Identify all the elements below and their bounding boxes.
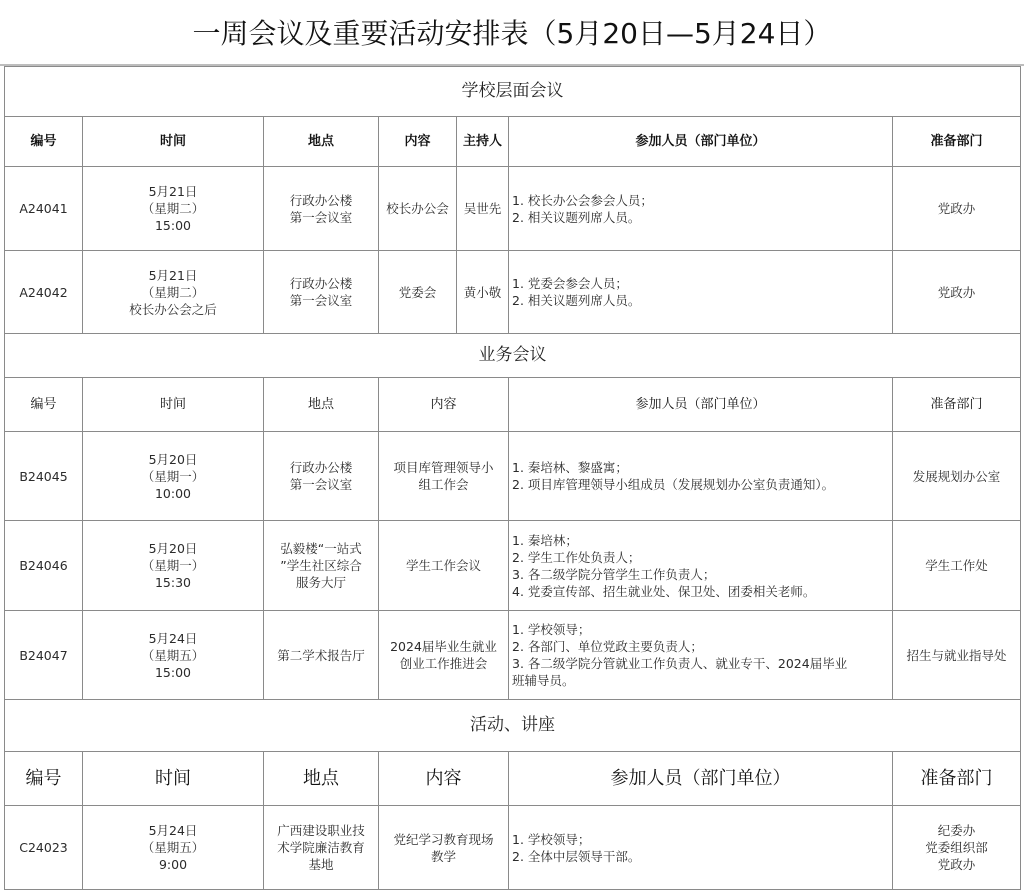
column-header: 编号 <box>5 117 83 167</box>
column-header: 准备部门 <box>893 117 1021 167</box>
text-line: 5月24日 <box>86 822 260 839</box>
id-cell: C24023 <box>5 806 83 890</box>
text-line: 招生与就业指导处 <box>896 647 1017 664</box>
content-cell: 党纪学习教育现场教学 <box>379 806 509 890</box>
page-title: 一周会议及重要活动安排表（5月20日—5月24日） <box>0 0 1024 66</box>
column-header: 地点 <box>264 752 379 806</box>
text-line: 广西建设职业技 <box>267 822 375 839</box>
text-line: 5月21日 <box>86 267 260 284</box>
text-line: 2. 相关议题列席人员。 <box>512 292 889 309</box>
column-header: 编号 <box>5 378 83 432</box>
place-cell: 弘毅楼“一站式”学生社区综合服务大厅 <box>264 521 379 611</box>
text-line: 党纪学习教育现场 <box>382 831 505 848</box>
column-header: 时间 <box>83 752 264 806</box>
prep-dept-cell: 党政办 <box>893 251 1021 334</box>
text-line: 党政办 <box>896 200 1017 217</box>
column-header: 主持人 <box>457 117 509 167</box>
text-line: 组工作会 <box>382 476 505 493</box>
column-header-row: 编号时间地点内容参加人员（部门单位）准备部门 <box>5 752 1021 806</box>
text-line: 5月20日 <box>86 540 260 557</box>
table-row: B240465月20日（星期一）15:30弘毅楼“一站式”学生社区综合服务大厅学… <box>5 521 1021 611</box>
column-header-row: 编号时间地点内容主持人参加人员（部门单位）准备部门 <box>5 117 1021 167</box>
content-cell: 校长办公会 <box>379 167 457 251</box>
text-line: 第二学术报告厅 <box>267 647 375 664</box>
text-line: 5月20日 <box>86 451 260 468</box>
attendees-cell: 1. 学校领导；2. 全体中层领导干部。 <box>509 806 893 890</box>
text-line: （星期一） <box>86 468 260 485</box>
text-line: 项目库管理领导小 <box>382 459 505 476</box>
column-header: 参加人员（部门单位） <box>509 752 893 806</box>
text-line: 第一会议室 <box>267 209 375 226</box>
id-cell: A24041 <box>5 167 83 251</box>
column-header: 内容 <box>379 117 457 167</box>
text-line: 第一会议室 <box>267 476 375 493</box>
text-line: 1. 学校领导； <box>512 831 889 848</box>
text-line: 服务大厅 <box>267 574 375 591</box>
text-line: 5月24日 <box>86 630 260 647</box>
schedule-table: 学校层面会议编号时间地点内容主持人参加人员（部门单位）准备部门A240415月2… <box>4 66 1021 890</box>
text-line: 党政办 <box>896 856 1017 873</box>
prep-dept-cell: 纪委办党委组织部党政办 <box>893 806 1021 890</box>
text-line: 1. 秦培林； <box>512 532 889 549</box>
id-cell: B24045 <box>5 432 83 521</box>
attendees-cell: 1. 学校领导；2. 各部门、单位党政主要负责人；3. 各二级学院分管就业工作负… <box>509 611 893 700</box>
text-line: 教学 <box>382 848 505 865</box>
text-line: 校长办公会 <box>382 200 453 217</box>
text-line: 2024届毕业生就业 <box>382 638 505 655</box>
time-cell: 5月21日（星期二）15:00 <box>83 167 264 251</box>
text-line: 班辅导员。 <box>512 672 889 689</box>
attendees-cell: 1. 秦培林、黎盛寓；2. 项目库管理领导小组成员（发展规划办公室负责通知）。 <box>509 432 893 521</box>
text-line: 15:30 <box>86 574 260 591</box>
text-line: 校长办公会之后 <box>86 301 260 318</box>
column-header: 编号 <box>5 752 83 806</box>
time-cell: 5月24日（星期五）15:00 <box>83 611 264 700</box>
table-row: B240475月24日（星期五）15:00第二学术报告厅2024届毕业生就业创业… <box>5 611 1021 700</box>
text-line: 学生工作处 <box>896 557 1017 574</box>
place-cell: 行政办公楼第一会议室 <box>264 167 379 251</box>
text-line: （星期五） <box>86 647 260 664</box>
text-line: 2. 学生工作处负责人； <box>512 549 889 566</box>
text-line: 3. 各二级学院分管就业工作负责人、就业专干、2024届毕业 <box>512 655 889 672</box>
column-header: 地点 <box>264 378 379 432</box>
text-line: （星期一） <box>86 557 260 574</box>
place-cell: 行政办公楼第一会议室 <box>264 432 379 521</box>
section-header: 活动、讲座 <box>5 700 1021 752</box>
section-header: 业务会议 <box>5 334 1021 378</box>
text-line: 行政办公楼 <box>267 192 375 209</box>
id-cell: B24047 <box>5 611 83 700</box>
text-line: 9:00 <box>86 856 260 873</box>
section-header: 学校层面会议 <box>5 67 1021 117</box>
prep-dept-cell: 学生工作处 <box>893 521 1021 611</box>
text-line: 2. 项目库管理领导小组成员（发展规划办公室负责通知）。 <box>512 476 889 493</box>
place-cell: 广西建设职业技术学院廉洁教育基地 <box>264 806 379 890</box>
content-cell: 党委会 <box>379 251 457 334</box>
prep-dept-cell: 党政办 <box>893 167 1021 251</box>
text-line: 1. 校长办公会参会人员； <box>512 192 889 209</box>
text-line: 5月21日 <box>86 183 260 200</box>
table-row: B240455月20日（星期一）10:00行政办公楼第一会议室项目库管理领导小组… <box>5 432 1021 521</box>
section-title: 业务会议 <box>5 334 1021 378</box>
section-title: 学校层面会议 <box>5 67 1021 117</box>
place-cell: 行政办公楼第一会议室 <box>264 251 379 334</box>
column-header: 参加人员（部门单位） <box>509 117 893 167</box>
text-line: 行政办公楼 <box>267 275 375 292</box>
text-line: 15:00 <box>86 664 260 681</box>
text-line: 4. 党委宣传部、招生就业处、保卫处、团委相关老师。 <box>512 583 889 600</box>
id-cell: B24046 <box>5 521 83 611</box>
text-line: 发展规划办公室 <box>896 468 1017 485</box>
column-header: 时间 <box>83 378 264 432</box>
content-cell: 学生工作会议 <box>379 521 509 611</box>
text-line: 党委组织部 <box>896 839 1017 856</box>
text-line: （星期二） <box>86 284 260 301</box>
text-line: 1. 学校领导； <box>512 621 889 638</box>
text-line: 党委会 <box>382 284 453 301</box>
prep-dept-cell: 招生与就业指导处 <box>893 611 1021 700</box>
text-line: 3. 各二级学院分管学生工作负责人； <box>512 566 889 583</box>
text-line: 党政办 <box>896 284 1017 301</box>
column-header: 时间 <box>83 117 264 167</box>
attendees-cell: 1. 校长办公会参会人员；2. 相关议题列席人员。 <box>509 167 893 251</box>
column-header-row: 编号时间地点内容参加人员（部门单位）准备部门 <box>5 378 1021 432</box>
text-line: 基地 <box>267 856 375 873</box>
prep-dept-cell: 发展规划办公室 <box>893 432 1021 521</box>
text-line: ”学生社区综合 <box>267 557 375 574</box>
host-cell: 黄小敬 <box>457 251 509 334</box>
text-line: 行政办公楼 <box>267 459 375 476</box>
text-line: 弘毅楼“一站式 <box>267 540 375 557</box>
host-cell: 吴世先 <box>457 167 509 251</box>
text-line: 术学院廉洁教育 <box>267 839 375 856</box>
text-line: 10:00 <box>86 485 260 502</box>
column-header: 内容 <box>379 752 509 806</box>
time-cell: 5月20日（星期一）10:00 <box>83 432 264 521</box>
column-header: 内容 <box>379 378 509 432</box>
text-line: 第一会议室 <box>267 292 375 309</box>
time-cell: 5月20日（星期一）15:30 <box>83 521 264 611</box>
column-header: 参加人员（部门单位） <box>509 378 893 432</box>
text-line: 学生工作会议 <box>382 557 505 574</box>
text-line: 1. 秦培林、黎盛寓； <box>512 459 889 476</box>
column-header: 准备部门 <box>893 378 1021 432</box>
text-line: （星期二） <box>86 200 260 217</box>
text-line: 1. 党委会参会人员； <box>512 275 889 292</box>
place-cell: 第二学术报告厅 <box>264 611 379 700</box>
text-line: 2. 全体中层领导干部。 <box>512 848 889 865</box>
content-cell: 2024届毕业生就业创业工作推进会 <box>379 611 509 700</box>
text-line: 2. 各部门、单位党政主要负责人； <box>512 638 889 655</box>
attendees-cell: 1. 党委会参会人员；2. 相关议题列席人员。 <box>509 251 893 334</box>
text-line: 15:00 <box>86 217 260 234</box>
content-cell: 项目库管理领导小组工作会 <box>379 432 509 521</box>
text-line: 创业工作推进会 <box>382 655 505 672</box>
text-line: 纪委办 <box>896 822 1017 839</box>
section-title: 活动、讲座 <box>5 700 1021 752</box>
table-row: A240425月21日（星期二）校长办公会之后行政办公楼第一会议室党委会黄小敬1… <box>5 251 1021 334</box>
text-line: 2. 相关议题列席人员。 <box>512 209 889 226</box>
attendees-cell: 1. 秦培林；2. 学生工作处负责人；3. 各二级学院分管学生工作负责人；4. … <box>509 521 893 611</box>
column-header: 准备部门 <box>893 752 1021 806</box>
table-row: A240415月21日（星期二）15:00行政办公楼第一会议室校长办公会吴世先1… <box>5 167 1021 251</box>
column-header: 地点 <box>264 117 379 167</box>
time-cell: 5月21日（星期二）校长办公会之后 <box>83 251 264 334</box>
table-row: C240235月24日（星期五）9:00广西建设职业技术学院廉洁教育基地党纪学习… <box>5 806 1021 890</box>
text-line: （星期五） <box>86 839 260 856</box>
time-cell: 5月24日（星期五）9:00 <box>83 806 264 890</box>
id-cell: A24042 <box>5 251 83 334</box>
